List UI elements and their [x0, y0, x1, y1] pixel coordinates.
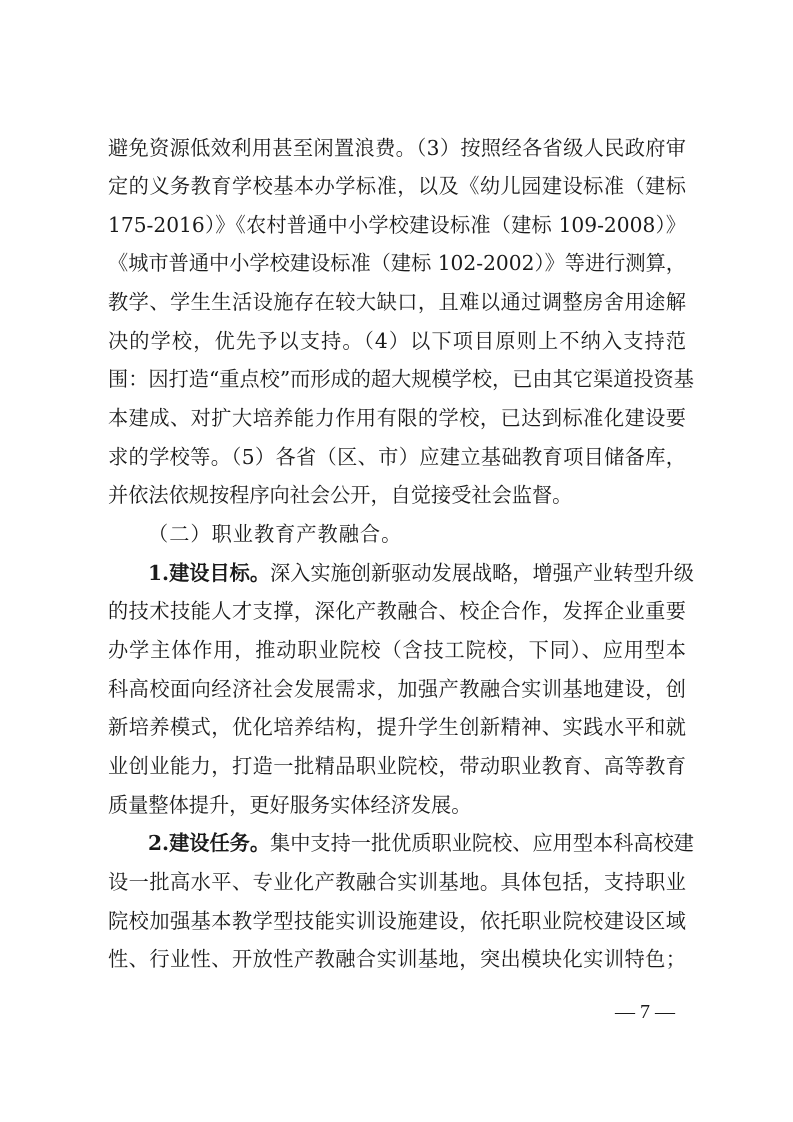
- paragraph-line: 教学、学生生活设施存在较大缺口，且难以通过调整房舍用途解: [108, 283, 686, 321]
- paragraph-line: 决的学校，优先予以支持。（4）以下项目原则上不纳入支持范: [108, 322, 686, 360]
- paragraph-line: 业创业能力，打造一批精品职业院校，带动职业教育、高等教育: [108, 747, 686, 785]
- paragraph-line: 围：因打造“重点校”而形成的超大规模学校，已由其它渠道投资基: [108, 360, 686, 398]
- task-lead: 2.建设任务。: [148, 831, 270, 855]
- task-first-line-text: 集中支持一批优质职业院校、应用型本科高校建: [270, 831, 694, 855]
- page-number: — 7 —: [600, 997, 690, 1027]
- goal-paragraph-first-line: 1.建设目标。深入实施创新驱动发展战略，增强产业转型升级: [148, 554, 686, 592]
- task-paragraph-first-line: 2.建设任务。集中支持一批优质职业院校、应用型本科高校建: [148, 824, 686, 862]
- paragraph-line: 设一批高水平、专业化产教融合实训基地。具体包括，支持职业: [108, 863, 686, 901]
- paragraph-line: 并依法依规按程序向社会公开，自觉接受社会监督。: [108, 476, 686, 514]
- paragraph-line: 院校加强基本教学型技能实训设施建设，依托职业院校建设区域: [108, 902, 686, 940]
- goal-lead: 1.建设目标。: [148, 561, 270, 585]
- document-page: 避免资源低效利用甚至闲置浪费。（3）按照经各省级人民政府审 定的义务教育学校基本…: [0, 0, 793, 1122]
- paragraph-line: 的技术技能人才支撑，深化产教融合、校企合作，发挥企业重要: [108, 592, 686, 630]
- paragraph-line: 本建成、对扩大培养能力作用有限的学校，已达到标准化建设要: [108, 399, 686, 437]
- paragraph-line: 性、行业性、开放性产教融合实训基地，突出模块化实训特色；: [108, 940, 686, 978]
- section-heading: （二）职业教育产教融合。: [148, 515, 686, 553]
- goal-first-line-text: 深入实施创新驱动发展战略，增强产业转型升级: [270, 561, 694, 585]
- paragraph-line: 《城市普通中小学校建设标准（建标 102-2002）》等进行测算，: [108, 244, 686, 282]
- paragraph-line: 求的学校等。（5）各省（区、市）应建立基础教育项目储备库，: [108, 438, 686, 476]
- paragraph-line: 定的义务教育学校基本办学标准，以及《幼儿园建设标准（建标: [108, 167, 686, 205]
- paragraph-line: 175-2016）》《农村普通中小学校建设标准（建标 109-2008）》: [108, 206, 686, 244]
- paragraph-line: 避免资源低效利用甚至闲置浪费。（3）按照经各省级人民政府审: [108, 129, 686, 167]
- paragraph-line: 质量整体提升，更好服务实体经济发展。: [108, 786, 686, 824]
- paragraph-line: 新培养模式，优化培养结构，提升学生创新精神、实践水平和就: [108, 708, 686, 746]
- paragraph-line: 办学主体作用，推动职业院校（含技工院校，下同）、应用型本: [108, 631, 686, 669]
- paragraph-line: 科高校面向经济社会发展需求，加强产教融合实训基地建设，创: [108, 670, 686, 708]
